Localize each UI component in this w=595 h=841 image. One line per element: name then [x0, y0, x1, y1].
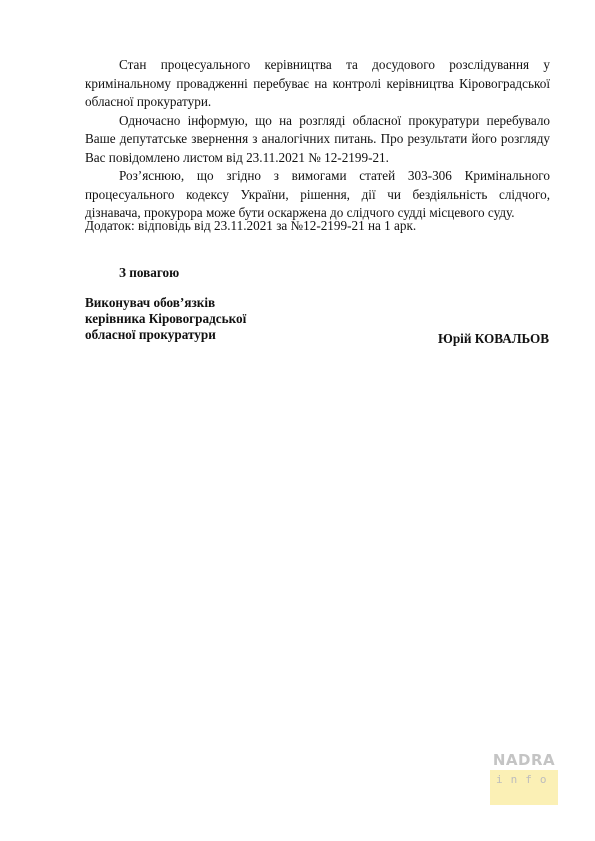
nadra-info-watermark-logo: NADRA info — [490, 753, 558, 805]
paragraph-investigation-status: Стан процесуального керівництва та досуд… — [85, 56, 550, 112]
paragraph-appeal-rights: Роз’яснюю, що згідно з вимогами статей 3… — [85, 167, 550, 223]
watermark-top-text: NADRA — [490, 753, 558, 768]
document-page: Стан процесуального керівництва та досуд… — [0, 0, 595, 841]
closing-greeting: З повагою — [119, 265, 179, 281]
signer-position-line: керівника Кіровоградської — [85, 311, 565, 327]
attachment-note: Додаток: відповідь від 23.11.2021 за №12… — [85, 217, 550, 236]
signer-name: Юрій КОВАЛЬОВ — [438, 331, 549, 347]
paragraph-deputy-appeal: Одночасно інформую, що на розгляді облас… — [85, 112, 550, 168]
signer-position-line: Виконувач обов’язків — [85, 295, 565, 311]
watermark-bottom-band: info — [490, 770, 558, 805]
letter-body: Стан процесуального керівництва та досуд… — [85, 56, 550, 223]
